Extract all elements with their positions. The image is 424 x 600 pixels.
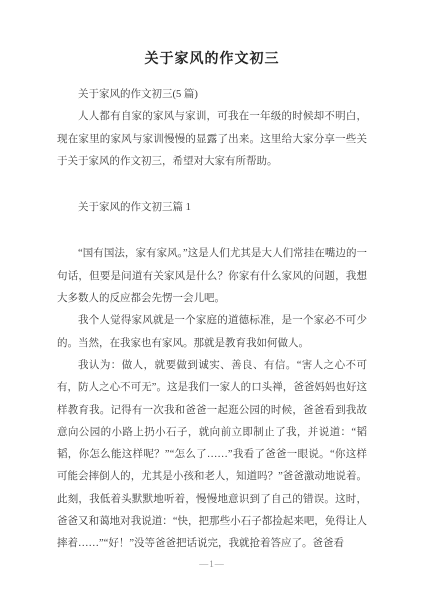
intro-paragraph: 人人都有自家的家风与家训，可我在一年级的时候却不明白，现在家里的家风与家训慢慢的… — [57, 106, 367, 173]
essay-document-page: 关于家风的作文初三 关于家风的作文初三(5 篇) 人人都有自家的家风与家训，可我… — [0, 0, 424, 600]
section-heading: 关于家风的作文初三篇 1 — [57, 197, 367, 219]
meta-line: 关于家风的作文初三(5 篇) — [57, 84, 367, 106]
essay-paragraph-1: “国有国法，家有家风。”这是人们尤其是大人们常挂在嘴边的一句话，但要是问道有关家… — [57, 243, 367, 310]
essay-paragraph-3: 我认为：做人，就要做到诚实、善良、有信。“害人之心不可有，防人之心不可无”。这是… — [57, 355, 367, 556]
page-number: —1— — [57, 556, 367, 572]
essay-paragraph-2: 我个人觉得家风就是一个家庭的道德标准，是一个家必不可少的。当然，在我家也有家风。… — [57, 310, 367, 355]
page-title: 关于家风的作文初三 — [57, 48, 367, 72]
